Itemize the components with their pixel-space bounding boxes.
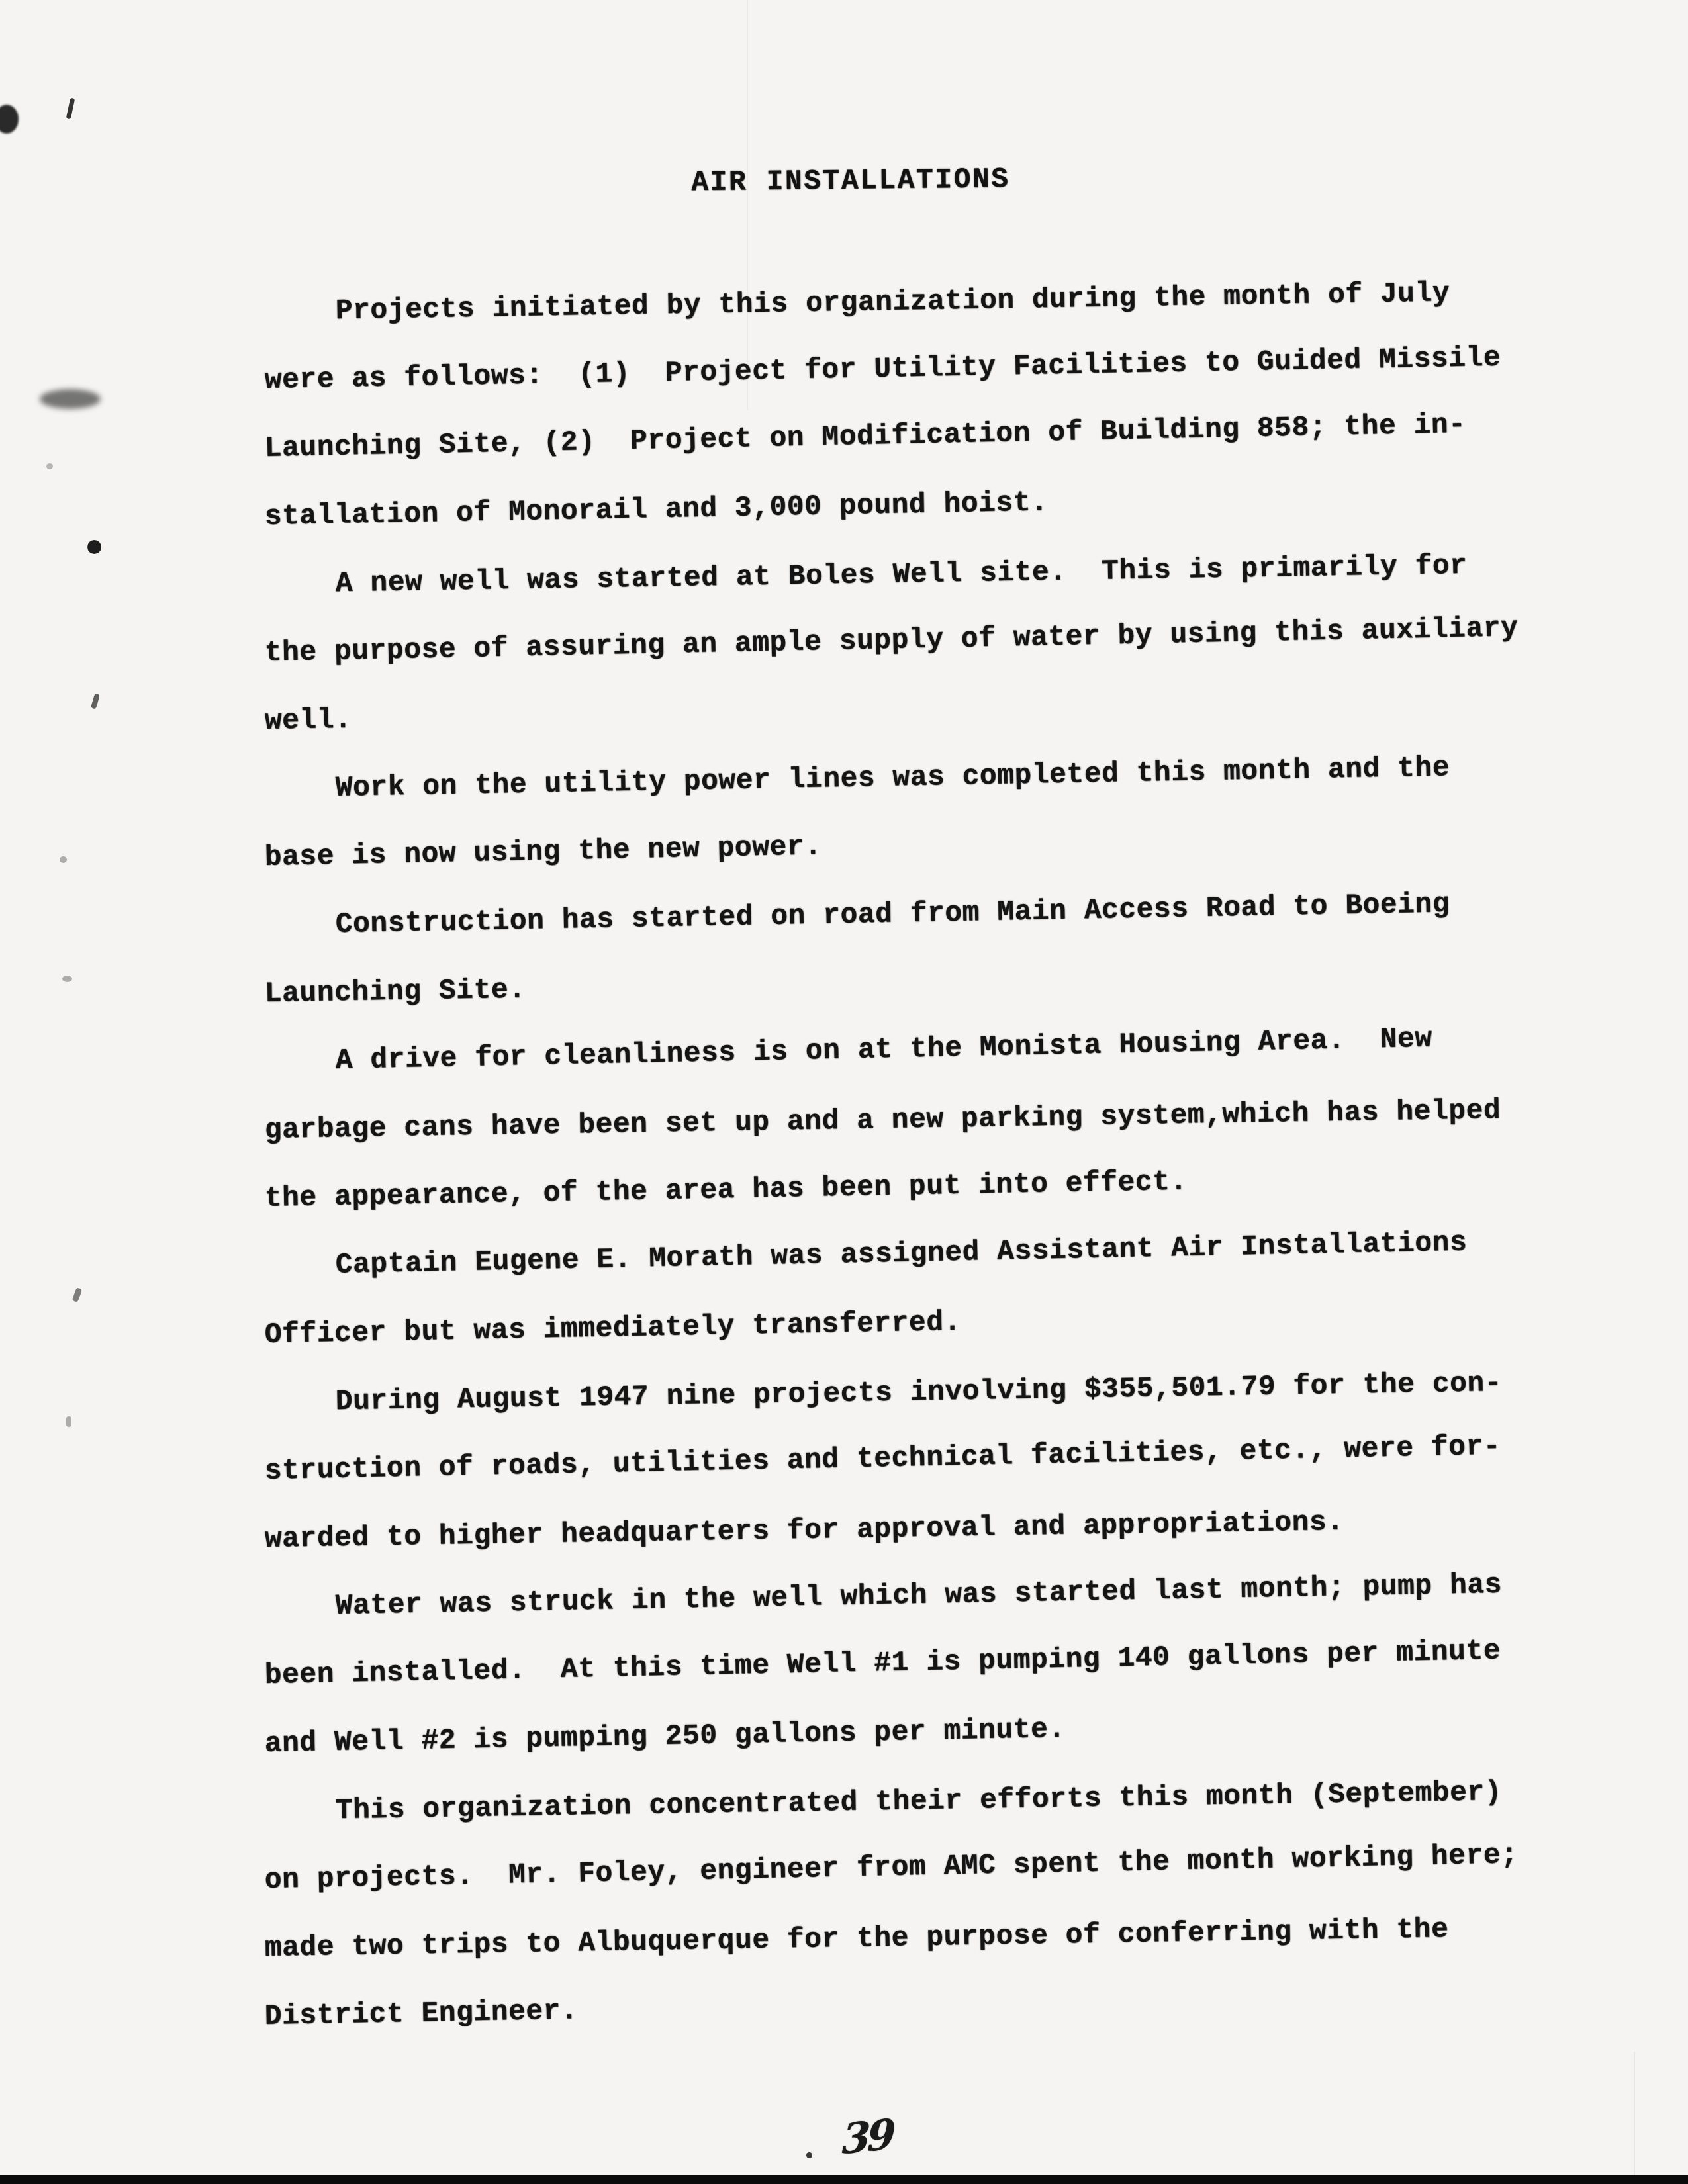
scan-edge-bar <box>0 2175 1688 2184</box>
handwritten-page-number: 39 <box>841 2110 893 2164</box>
ink-speck <box>91 693 100 709</box>
ink-speck <box>806 2152 812 2158</box>
ink-speck <box>87 540 101 554</box>
page-title: AIR INSTALLATIONS <box>265 158 1436 203</box>
ink-speck <box>0 105 19 134</box>
ink-speck <box>72 1287 83 1302</box>
document-body: Projects initiated by this organization … <box>265 278 1562 2050</box>
ink-smudge <box>40 389 101 409</box>
ink-speck <box>66 98 75 120</box>
ink-speck <box>60 856 67 863</box>
ink-speck <box>66 1416 71 1427</box>
scan-crease <box>1634 2052 1635 2184</box>
scanned-document-page: AIR INSTALLATIONS Projects initiated by … <box>0 0 1688 2184</box>
ink-speck <box>62 976 72 982</box>
ink-speck <box>46 463 53 469</box>
